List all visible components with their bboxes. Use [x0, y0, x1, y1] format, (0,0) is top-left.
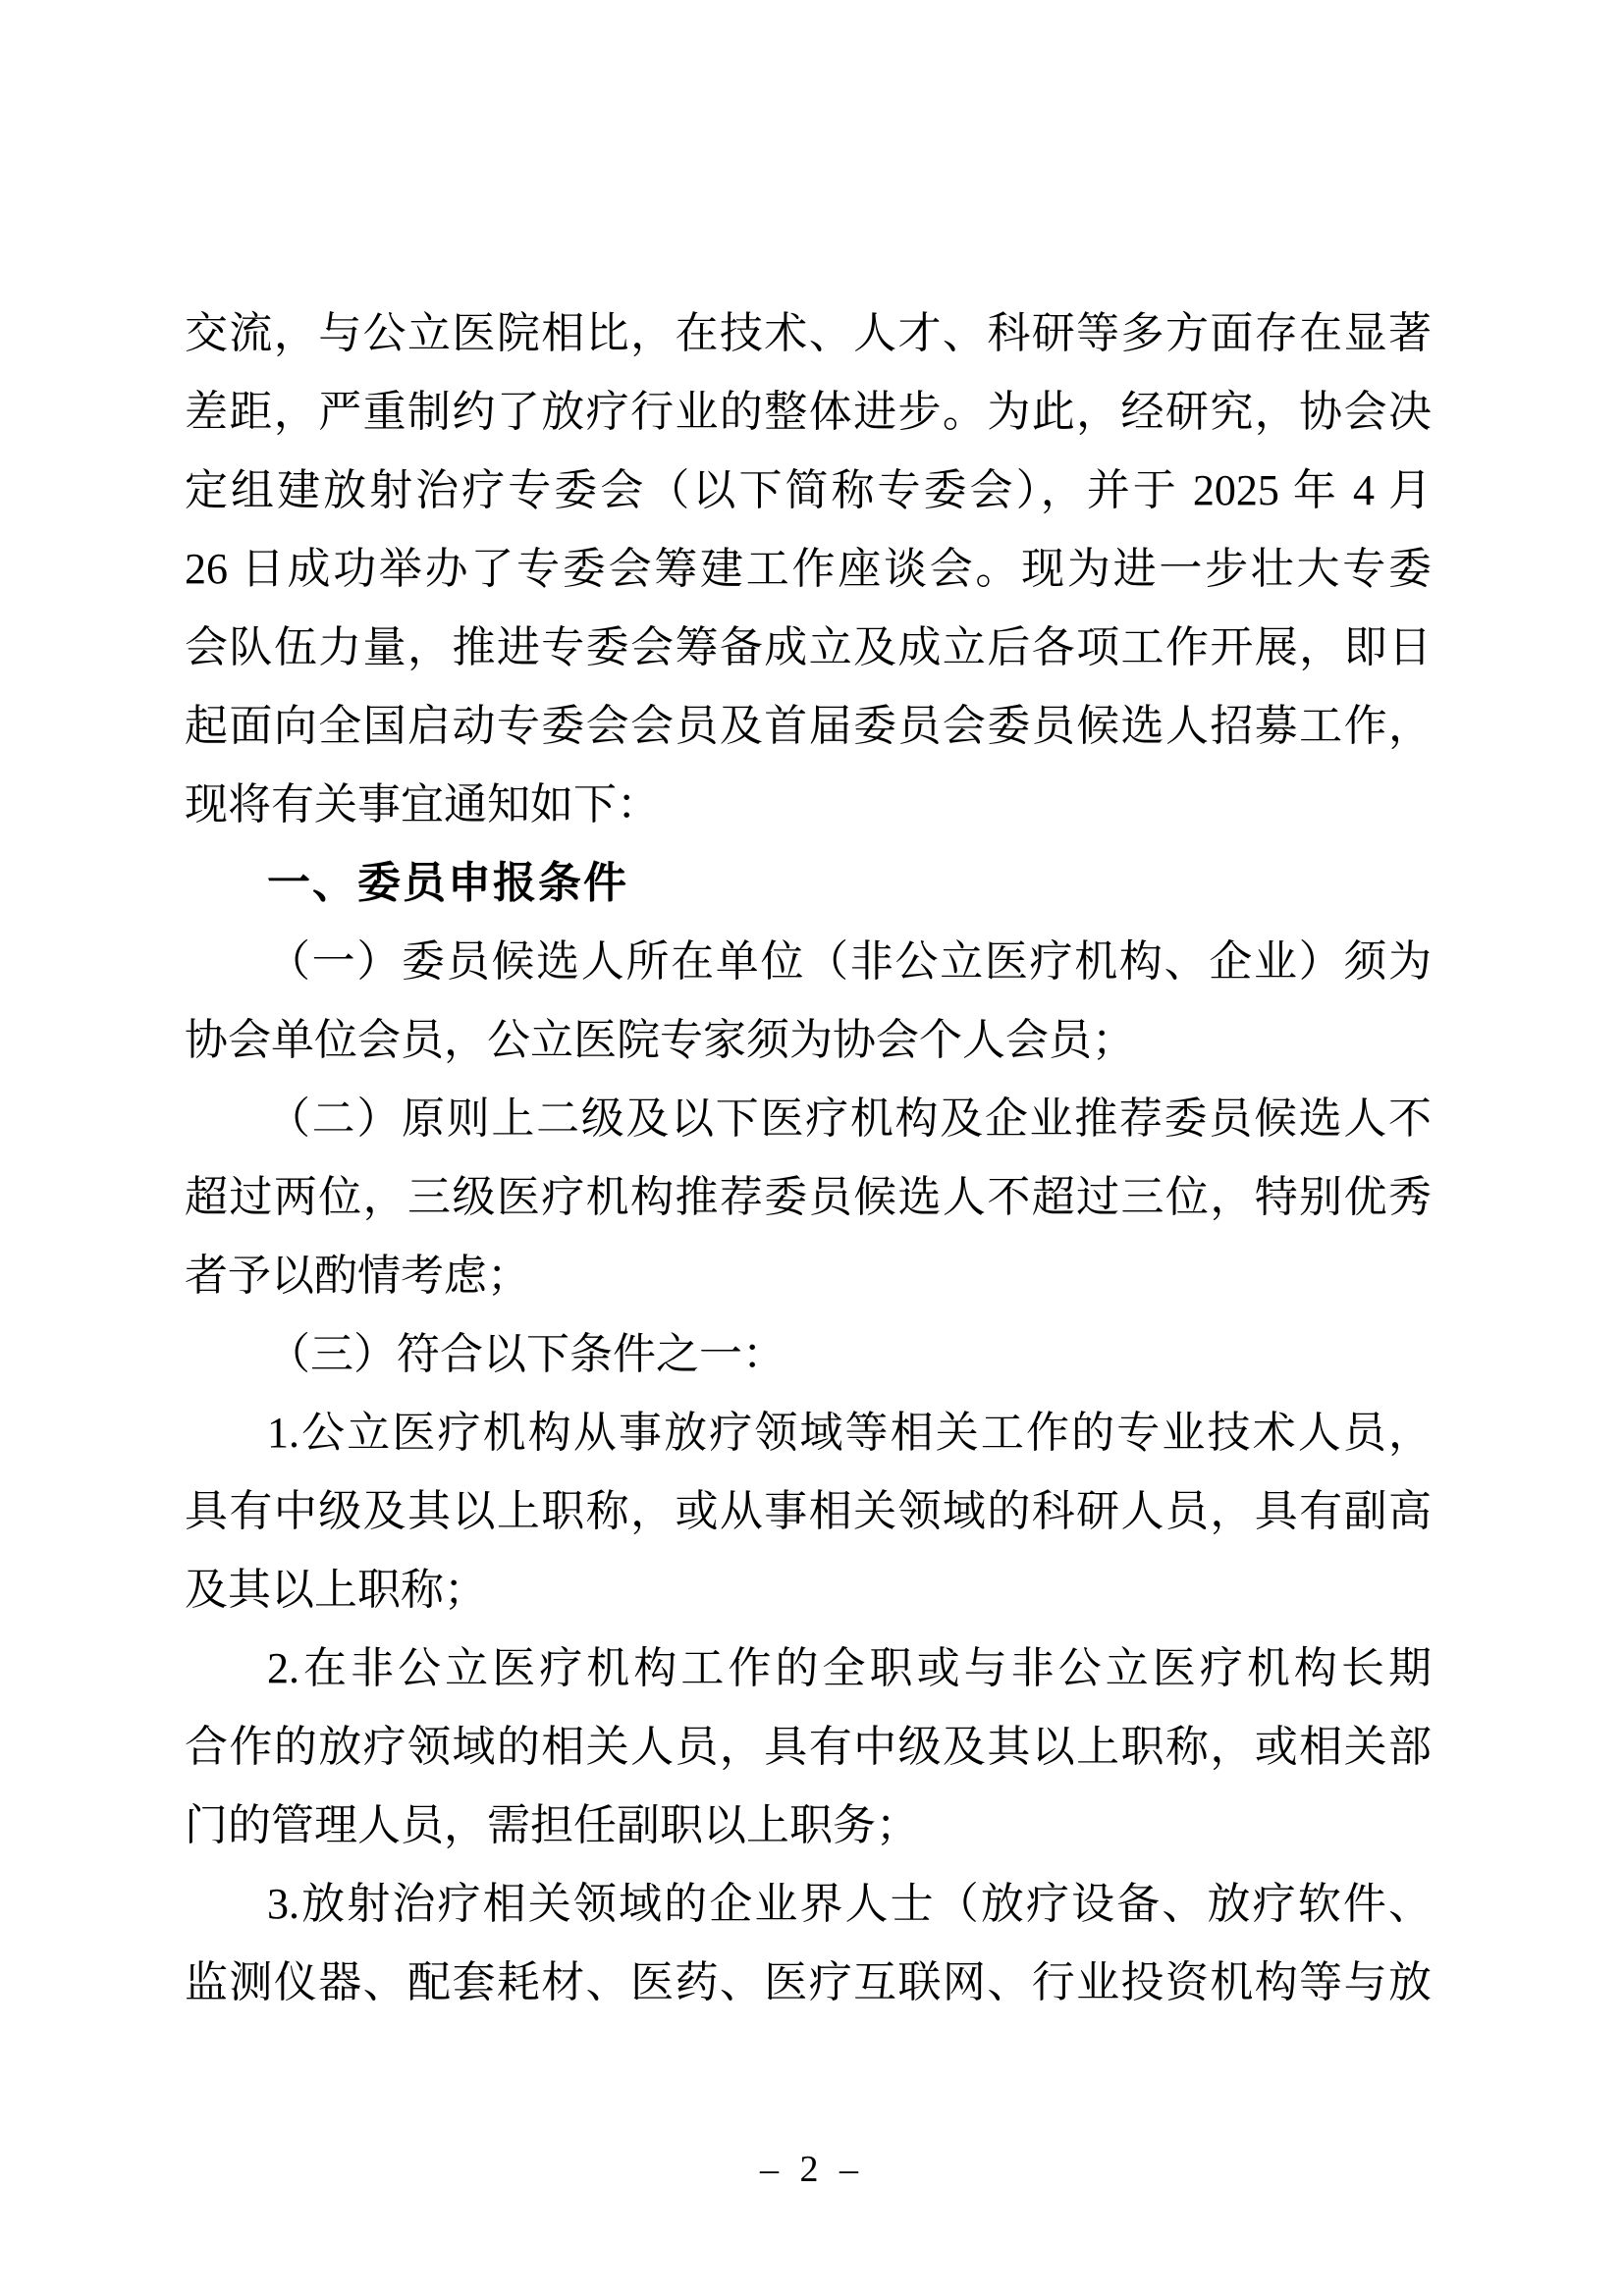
text-line: 合作的放疗领域的相关人员，具有中级及其以上职称，或相关部 [185, 1708, 1432, 1787]
text-line: 具有中级及其以上职称，或从事相关领域的科研人员，具有副高 [185, 1472, 1432, 1551]
text-line: 及其以上职称； [185, 1551, 1432, 1629]
text-line: 交流，与公立医院相比，在技术、人才、科研等多方面存在显著 [185, 294, 1432, 373]
section-heading: 一、委员申报条件 [185, 844, 1432, 923]
text-line: 超过两位，三级医疗机构推荐委员候选人不超过三位，特别优秀 [185, 1158, 1432, 1237]
text-line: （二）原则上二级及以下医疗机构及企业推荐委员候选人不 [185, 1080, 1432, 1158]
text-line: 2.在非公立医疗机构工作的全职或与非公立医疗机构长期 [185, 1629, 1432, 1708]
text-line: 26 日成功举办了专委会筹建工作座谈会。现为进一步壮大专委 [185, 530, 1432, 609]
text-line: 1.公立医疗机构从事放疗领域等相关工作的专业技术人员， [185, 1394, 1432, 1472]
text-line: 监测仪器、配套耗材、医药、医疗互联网、行业投资机构等与放 [185, 1944, 1432, 2022]
text-line: 会队伍力量，推进专委会筹备成立及成立后各项工作开展，即日 [185, 609, 1432, 687]
document-page: 交流，与公立医院相比，在技术、人才、科研等多方面存在显著差距，严重制约了放疗行业… [0, 0, 1624, 2296]
page-number: – 2 – [0, 2150, 1624, 2189]
text-line: （一）委员候选人所在单位（非公立医疗机构、企业）须为 [185, 923, 1432, 1001]
text-line: 协会单位会员，公立医院专家须为协会个人会员； [185, 1001, 1432, 1080]
document-body: 交流，与公立医院相比，在技术、人才、科研等多方面存在显著差距，严重制约了放疗行业… [185, 294, 1432, 2022]
text-line: 者予以酌情考虑； [185, 1237, 1432, 1315]
text-line: 门的管理人员，需担任副职以上职务； [185, 1787, 1432, 1865]
text-line: （三）符合以下条件之一： [185, 1315, 1432, 1394]
text-line: 现将有关事宜通知如下： [185, 766, 1432, 844]
text-line: 定组建放射治疗专委会（以下简称专委会），并于 2025 年 4 月 [185, 452, 1432, 530]
text-line: 起面向全国启动专委会会员及首届委员会委员候选人招募工作， [185, 687, 1432, 766]
text-line: 差距，严重制约了放疗行业的整体进步。为此，经研究，协会决 [185, 373, 1432, 452]
text-line: 3.放射治疗相关领域的企业界人士（放疗设备、放疗软件、 [185, 1865, 1432, 1944]
